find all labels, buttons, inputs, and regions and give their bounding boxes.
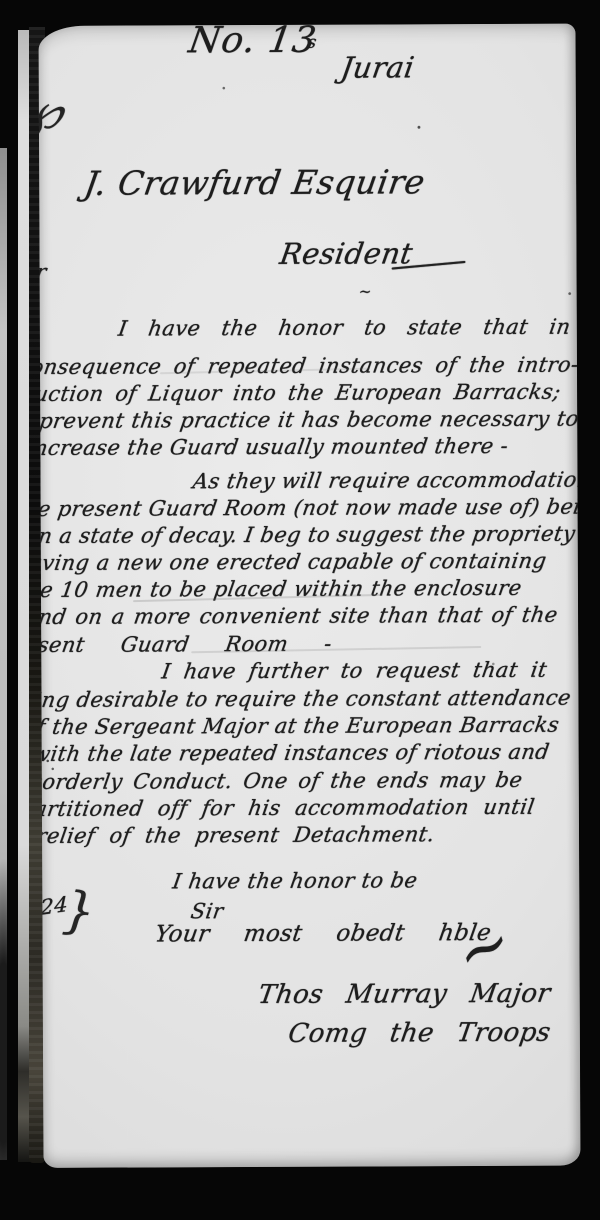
signature-title: Comg the Troops <box>285 1018 553 1057</box>
closing-valediction: Your most obedt hble <box>152 920 493 955</box>
docket-place-word: Jurai <box>337 50 416 92</box>
resident-paraph-mark: ~ <box>355 282 373 314</box>
signature-name: Thos Murray Major <box>255 979 553 1018</box>
margin-flourish: ℘ <box>39 84 68 144</box>
salutation-fragment: Sir <box>39 260 49 292</box>
margin-date-brace: } <box>59 880 98 953</box>
letter-line: I have the honor to state that in <box>115 315 572 349</box>
closing-line: I have the honor to be <box>170 868 403 901</box>
letter-line: increase the Guard usually mounted there… <box>39 434 481 468</box>
addressee-title: Resident <box>276 236 415 279</box>
docket-number: No. 13 <box>185 24 320 70</box>
letter-line: relief of the present Detachment. <box>39 822 437 856</box>
addressee-name: J. Crawfurd Esquire <box>81 162 428 210</box>
scan-film-edge <box>0 148 7 1160</box>
letter-page: No. 13 s Jurai ℘ J. Crawfurd Esquire Res… <box>39 24 581 1168</box>
scanned-letter-background: No. 13 s Jurai ℘ J. Crawfurd Esquire Res… <box>0 0 600 1220</box>
